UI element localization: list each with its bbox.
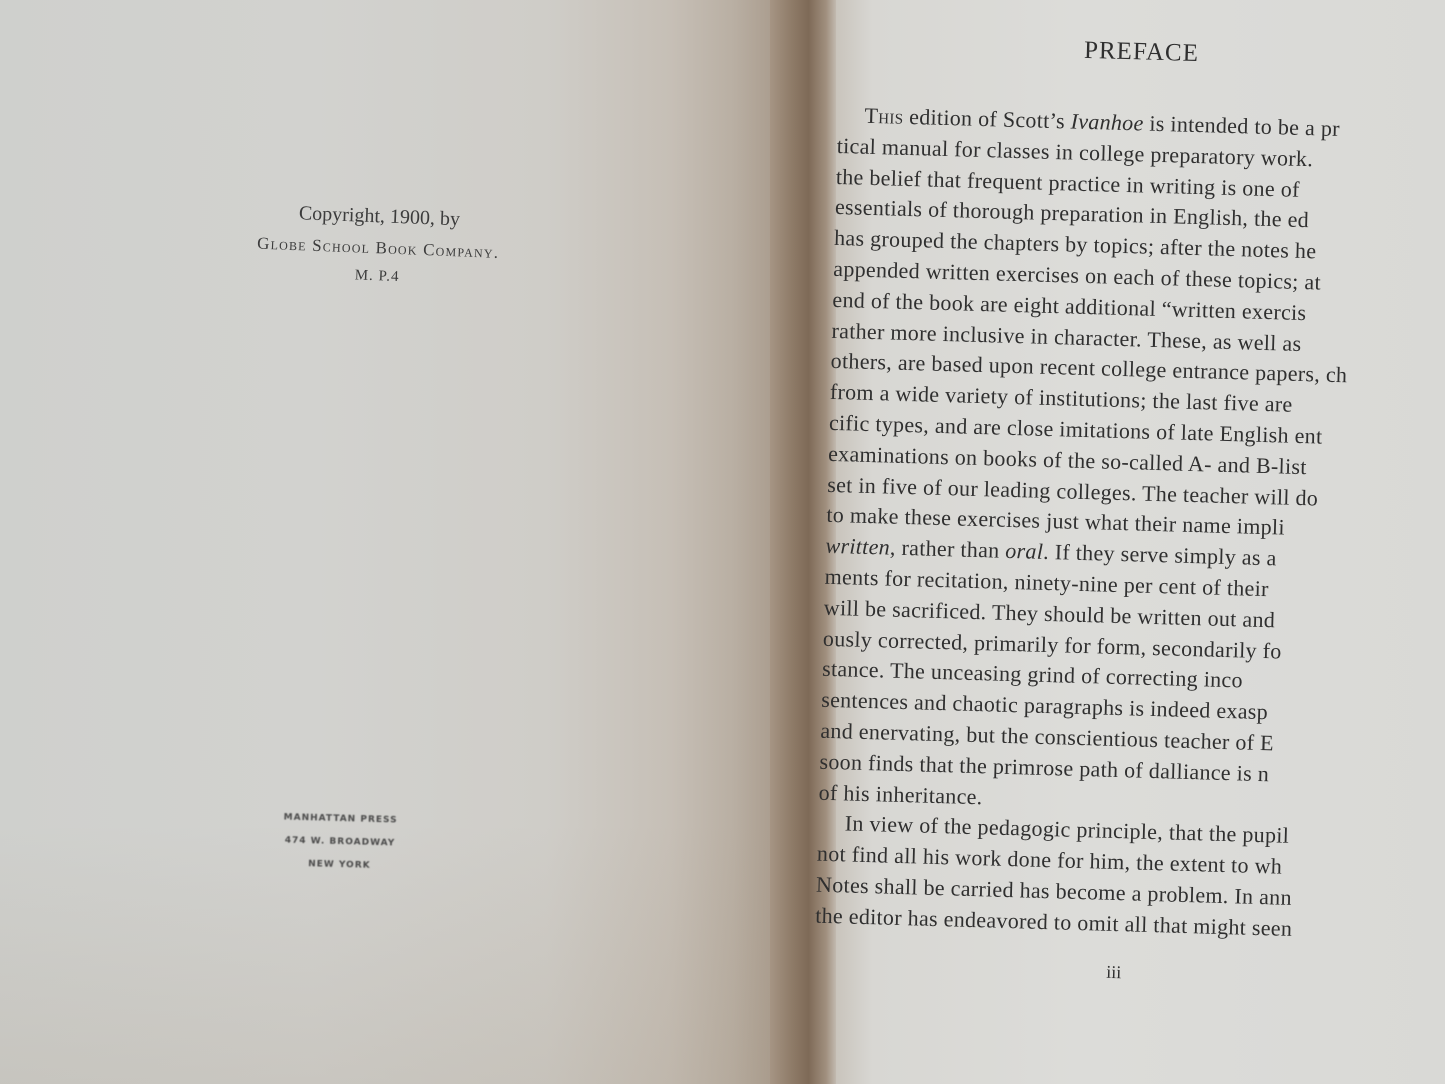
- copyright-block: Copyright, 1900, by Globe School Book Co…: [187, 198, 570, 293]
- publisher-name: Globe School Book Company.: [188, 231, 568, 266]
- printer-city: NEW YORK: [244, 852, 435, 880]
- left-page: [0, 0, 780, 1084]
- open-book-spread: Copyright, 1900, by Globe School Book Co…: [0, 0, 1445, 1084]
- printer-imprint: MANHATTAN PRESS 474 W. BROADWAY NEW YORK: [244, 806, 436, 880]
- preface-text: PREFACE This edition of Scott’s Ivanhoe …: [814, 30, 1445, 992]
